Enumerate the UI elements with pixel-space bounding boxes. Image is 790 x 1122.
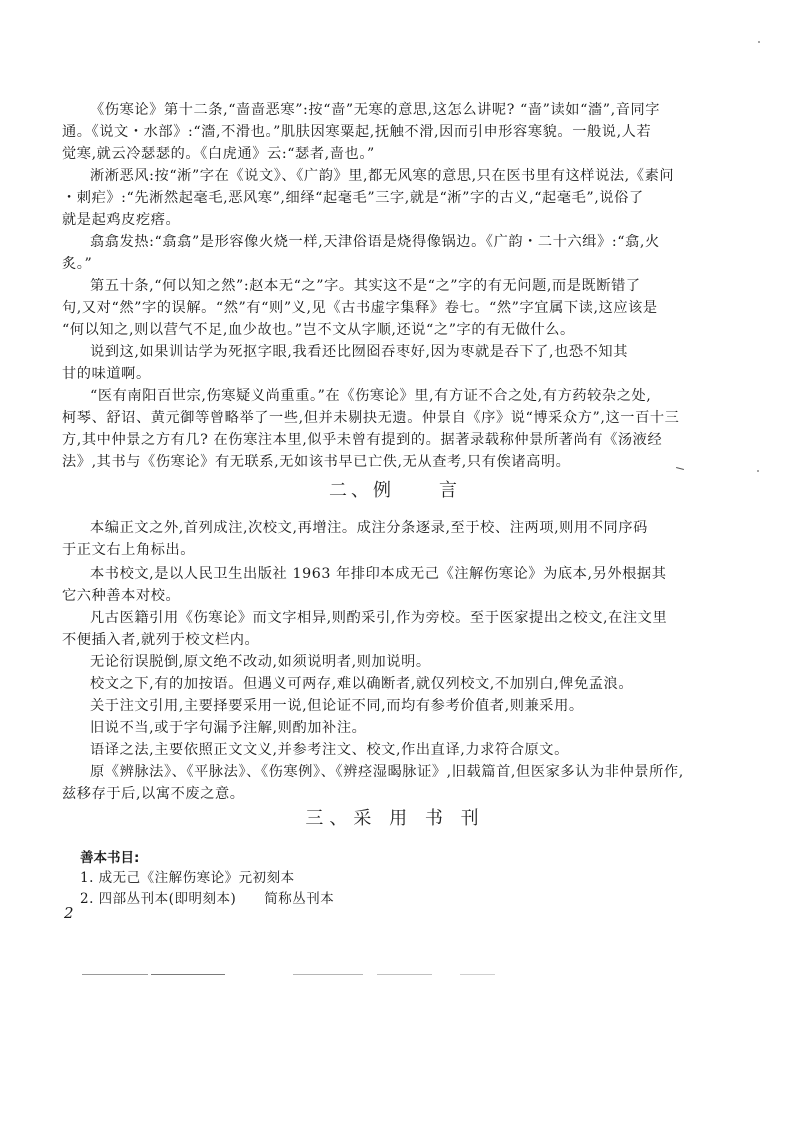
- text-line: ・刺疟》:“先淅然起毫毛,恶风寒”,细绎“起毫毛”三字,就是“淅”字的古义,“起…: [62, 187, 738, 209]
- text-line: 甘的味道啊。: [62, 363, 738, 385]
- text-line: 通。《说文・水部》:“濇,不滑也。”肌肤因寒粟起,抚触不滑,因而引申形容寒貌。一…: [62, 121, 738, 143]
- text-line: 本书校文,是以人民卫生出版社 1963 年排印本成无己《注解伤寒论》为底本,另外…: [62, 563, 738, 585]
- text-line: 原《辨脉法》、《平脉法》、《伤寒例》、《辨痉湿暍脉证》,旧载篇首,但医家多认为非…: [62, 761, 738, 783]
- paragraph-bianzheng: 本编正文之外,首列成注,次校文,再增注。成注分条逐录,至于校、注两项,则用不同序…: [62, 517, 738, 561]
- text-line: 凡古医籍引用《伤寒论》而文字相异,则酌采引,作为旁校。至于医家提出之校文,在注文…: [62, 607, 738, 629]
- text-line: 第五十条,“何以知之然”:赵本无“之”字。其实这不是“之”字的有无问题,而是既断…: [62, 275, 738, 297]
- paragraph-xixi-wufeng: 淅淅恶风:按“淅”字在《说文》、《广韵》里,都无风寒的意思,只在医书里有这样说法…: [62, 165, 738, 231]
- text-line: 翕翕发热:“翕翕”是形容像火烧一样,天津俗语是烧得像锅边。《广韵・二十六缉》:“…: [62, 231, 738, 253]
- text-line: 炙。”: [62, 253, 738, 275]
- scan-rule: [82, 974, 148, 975]
- section-heading-liyan: 二、例 言: [0, 476, 790, 502]
- scan-rule: [377, 974, 432, 975]
- text-line: 于正文右上角标出。: [62, 539, 738, 561]
- text-line: 句,又对“然”字的误解。“然”有“则”义,见《古书虚字集释》卷七。“然”字宜属下…: [62, 297, 738, 319]
- text-line: 旧说不当,或于字句漏予注解,则酌加补注。: [62, 717, 738, 739]
- scan-speck: [757, 470, 759, 472]
- text-line: 语译之法,主要依照正文文义,并参考注文、校文,作出直译,力求符合原文。: [62, 739, 738, 761]
- text-line: “何以知之,则以营气不足,血少故也。”岂不文从字顺,还说“之”字的有无做什么。: [62, 319, 738, 341]
- paragraph-pangjiao: 凡古医籍引用《伤寒论》而文字相异,则酌采引,作为旁校。至于医家提出之校文,在注文…: [62, 607, 738, 651]
- scan-speck: [758, 41, 760, 43]
- section-heading-caiyong-shukan: 三、采 用 书 刊: [0, 804, 790, 830]
- paragraph-xungu: 说到这,如果训诂学为死抠字眼,我看还比囫囵吞枣好,因为枣就是吞下了,也恐不知其 …: [62, 341, 738, 385]
- book-list-item: 2. 四部丛刊本(即明刻本) 简称丛刊本: [80, 887, 334, 907]
- text-line: 不便插入者,就列于校文栏内。: [62, 629, 738, 651]
- paragraph-yanwu: 无论衍误脱倒,原文绝不改动,如须说明者,则加说明。: [62, 651, 738, 673]
- paragraph-zhuwen-yinyong: 关于注文引用,主要择要采用一说,但论证不同,而均有参考价值者,则兼采用。: [62, 695, 738, 717]
- text-line: 校文之下,有的加按语。但遇义可两存,难以确断者,就仅列校文,不加别白,俾免孟浪。: [62, 673, 738, 695]
- text-line: 兹移存于后,以寓不废之意。: [62, 783, 738, 805]
- paragraph-yuyi: 语译之法,主要依照正文文义,并参考注文、校文,作出直译,力求符合原文。: [62, 739, 738, 761]
- document-page: 《伤寒论》第十二条,“啬啬恶寒”:按“啬”无寒的意思,这怎么讲呢? “啬”读如“…: [0, 0, 790, 1122]
- text-line: 它六种善本对校。: [62, 585, 738, 607]
- text-line: 方,其中仲景之方有几? 在伤寒注本里,似乎未曾有提到的。据著录载称仲景所著尚有《…: [62, 429, 738, 451]
- text-line: 柯琴、舒诏、黄元御等曾略举了一些,但并未剔抉无遗。仲景自《序》说“博采众方”,这…: [62, 407, 738, 429]
- text-line: 觉寒,就云冷瑟瑟的。《白虎通》云:“瑟者,啬也。”: [62, 143, 738, 165]
- text-line: “医有南阳百世宗,伤寒疑义尚重重。”在《伤寒论》里,有方证不合之处,有方药较杂之…: [62, 385, 738, 407]
- text-line: 淅淅恶风:按“淅”字在《说文》、《广韵》里,都无风寒的意思,只在医书里有这样说法…: [62, 165, 738, 187]
- text-line: 关于注文引用,主要择要采用一说,但论证不同,而均有参考价值者,则兼采用。: [62, 695, 738, 717]
- text-line: 本编正文之外,首列成注,次校文,再增注。成注分条逐录,至于校、注两项,则用不同序…: [62, 517, 738, 539]
- text-line: 无论衍误脱倒,原文绝不改动,如须说明者,则加说明。: [62, 651, 738, 673]
- paragraph-buzhu: 旧说不当,或于字句漏予注解,则酌加补注。: [62, 717, 738, 739]
- book-list-item: 1. 成无己《注解伤寒论》元初刻本: [80, 866, 295, 886]
- scan-rule: [293, 974, 363, 975]
- paragraph-pianshou: 原《辨脉法》、《平脉法》、《伤寒例》、《辨痉湿暍脉证》,旧载篇首,但医家多认为非…: [62, 761, 738, 805]
- paragraph-xixi-fare: 翕翕发热:“翕翕”是形容像火烧一样,天津俗语是烧得像锅边。《广韵・二十六缉》:“…: [62, 231, 738, 275]
- paragraph-nanyang: “医有南阳百世宗,伤寒疑义尚重重。”在《伤寒论》里,有方证不合之处,有方药较杂之…: [62, 385, 738, 473]
- text-line: 就是起鸡皮疙瘩。: [62, 209, 738, 231]
- text-line: 说到这,如果训诂学为死抠字眼,我看还比囫囵吞枣好,因为枣就是吞下了,也恐不知其: [62, 341, 738, 363]
- paragraph-sese-wuhan: 《伤寒论》第十二条,“啬啬恶寒”:按“啬”无寒的意思,这怎么讲呢? “啬”读如“…: [62, 99, 738, 165]
- scan-rule: [151, 974, 225, 975]
- rare-books-label: 善本书目:: [80, 846, 139, 866]
- text-line: 法》,其书与《伤寒论》有无联系,无如该书早已亡佚,无从查考,只有俟诸高明。: [62, 451, 738, 473]
- page-number: 2: [64, 904, 74, 922]
- paragraph-article-fifty: 第五十条,“何以知之然”:赵本无“之”字。其实这不是“之”字的有无问题,而是既断…: [62, 275, 738, 341]
- scan-rule: [460, 974, 495, 975]
- paragraph-jiaowen-diben: 本书校文,是以人民卫生出版社 1963 年排印本成无己《注解伤寒论》为底本,另外…: [62, 563, 738, 607]
- paragraph-anyu: 校文之下,有的加按语。但遇义可两存,难以确断者,就仅列校文,不加别白,俾免孟浪。: [62, 673, 738, 695]
- text-line: 《伤寒论》第十二条,“啬啬恶寒”:按“啬”无寒的意思,这怎么讲呢? “啬”读如“…: [62, 99, 738, 121]
